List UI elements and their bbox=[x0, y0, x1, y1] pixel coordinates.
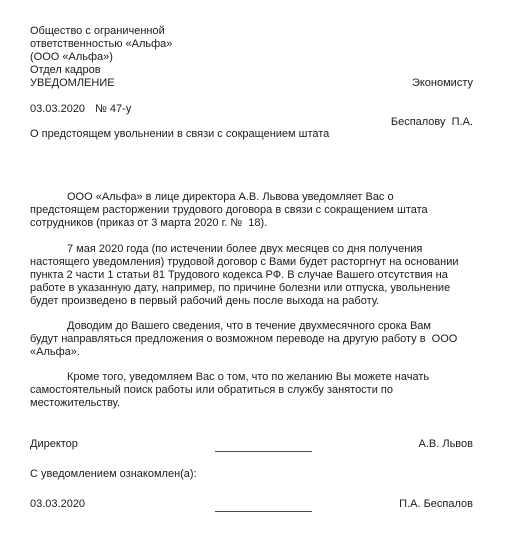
employee-signature-line bbox=[215, 498, 312, 512]
addressee-position: Экономисту bbox=[391, 77, 473, 90]
body-paragraph: Доводим до Вашего сведения, что в течени… bbox=[30, 320, 510, 359]
acknowledgement-date: 03.03.2020 bbox=[30, 498, 215, 511]
org-name-line: Общество с ограниченной bbox=[30, 25, 510, 38]
body-paragraph: 7 мая 2020 года (по истечении более двух… bbox=[30, 243, 510, 308]
employee-name: П.А. Беспалов bbox=[399, 498, 473, 511]
addressee-block: Экономисту Беспалову П.А. bbox=[391, 51, 473, 155]
body-paragraph: Кроме того, уведомляем Вас о том, что по… bbox=[30, 371, 510, 410]
document-page: Общество с ограниченной ответственностью… bbox=[0, 0, 510, 550]
acknowledgement-label: С уведомлением ознакомлен(а): bbox=[30, 468, 510, 481]
director-title: Директор bbox=[30, 438, 215, 451]
director-signature-row: Директор А.В. Львов bbox=[30, 438, 473, 452]
org-name-line: ответственностью «Альфа» bbox=[30, 38, 510, 51]
director-signature-line bbox=[215, 438, 312, 452]
doc-number: № 47-у bbox=[95, 103, 131, 115]
director-name: А.В. Львов bbox=[419, 438, 473, 451]
doc-date: 03.03.2020 bbox=[30, 103, 85, 115]
addressee-name: Беспалову П.А. bbox=[391, 116, 473, 129]
body-paragraph: ООО «Альфа» в лице директора А.В. Львова… bbox=[30, 191, 510, 230]
employee-signature-row: 03.03.2020 П.А. Беспалов bbox=[30, 498, 473, 512]
